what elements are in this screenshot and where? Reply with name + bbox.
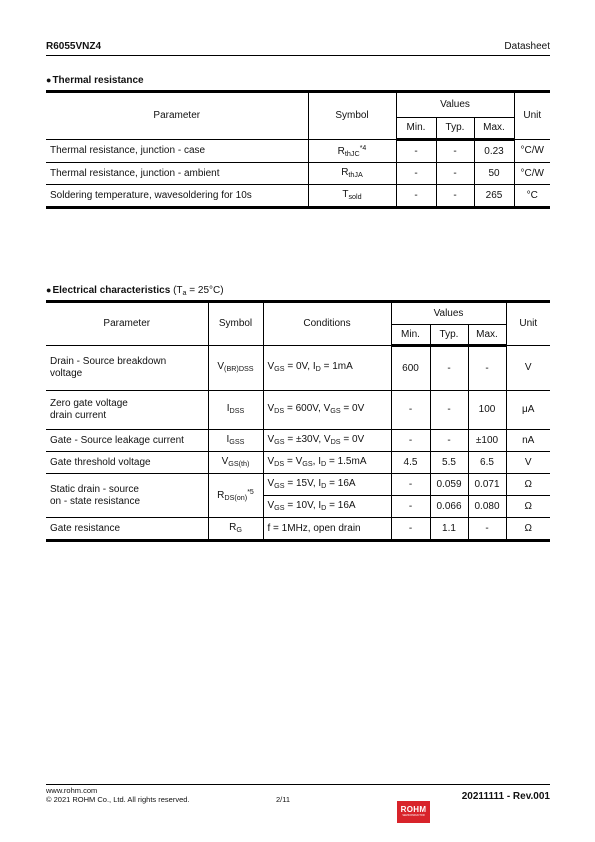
max-cell: 265 (474, 185, 514, 208)
typ-cell: - (430, 430, 468, 452)
parameter-cell: Gate - Source leakage current (46, 430, 208, 452)
table-row: Soldering temperature, wavesoldering for… (46, 185, 550, 208)
col-max: Max. (468, 325, 506, 346)
conditions-cell: f = 1MHz, open drain (263, 518, 391, 541)
ambient-condition: (Ta = 25°C) (173, 285, 224, 296)
bullet-icon: ● (46, 285, 51, 295)
parameter-cell: Static drain - sourceon - state resistan… (46, 474, 208, 518)
table-row: Gate - Source leakage currentIGSSVGS = ±… (46, 430, 550, 452)
min-cell: - (391, 518, 430, 541)
table-row: Static drain - sourceon - state resistan… (46, 474, 550, 496)
typ-cell: 0.066 (430, 496, 468, 518)
typ-cell: - (436, 140, 474, 163)
unit-cell: V (506, 346, 550, 391)
symbol-cell: RthJC*4 (308, 140, 396, 163)
unit-cell: °C/W (514, 163, 550, 185)
parameter-cell: Zero gate voltagedrain current (46, 391, 208, 430)
parameter-cell: Gate threshold voltage (46, 452, 208, 474)
electrical-section-title: ●Electrical characteristics (Ta = 25°C) (46, 285, 224, 297)
col-symbol: Symbol (208, 302, 263, 346)
typ-cell: 1.1 (430, 518, 468, 541)
symbol-cell: IGSS (208, 430, 263, 452)
min-cell: - (391, 430, 430, 452)
col-max: Max. (474, 118, 514, 140)
bullet-icon: ● (46, 75, 51, 85)
parameter-cell: Thermal resistance, junction - ambient (46, 163, 308, 185)
col-values: Values (391, 302, 506, 325)
unit-cell: nA (506, 430, 550, 452)
min-cell: - (396, 140, 436, 163)
thermal-section-title: ●Thermal resistance (46, 75, 144, 86)
unit-cell: Ω (506, 496, 550, 518)
min-cell: - (396, 163, 436, 185)
electrical-characteristics-table: Parameter Symbol Conditions Values Unit … (46, 300, 550, 542)
symbol-cell: V(BR)DSS (208, 346, 263, 391)
typ-cell: 0.059 (430, 474, 468, 496)
col-parameter: Parameter (46, 92, 308, 140)
thermal-resistance-table: Parameter Symbol Values Unit Min. Typ. M… (46, 90, 550, 209)
col-unit: Unit (506, 302, 550, 346)
max-cell: 0.071 (468, 474, 506, 496)
copyright: © 2021 ROHM Co., Ltd. All rights reserve… (46, 795, 190, 804)
max-cell: - (468, 346, 506, 391)
conditions-cell: VDS = VGS, ID = 1.5mA (263, 452, 391, 474)
min-cell: - (391, 391, 430, 430)
col-min: Min. (391, 325, 430, 346)
min-cell: - (391, 474, 430, 496)
typ-cell: - (430, 391, 468, 430)
unit-cell: °C/W (514, 140, 550, 163)
table-row: Zero gate voltagedrain currentIDSSVDS = … (46, 391, 550, 430)
conditions-cell: VGS = 15V, ID = 16A (263, 474, 391, 496)
col-min: Min. (396, 118, 436, 140)
table-row: Drain - Source breakdownvoltageV(BR)DSSV… (46, 346, 550, 391)
min-cell: - (396, 185, 436, 208)
table-row: Thermal resistance, junction - caseRthJC… (46, 140, 550, 163)
max-cell: 0.23 (474, 140, 514, 163)
parameter-cell: Soldering temperature, wavesoldering for… (46, 185, 308, 208)
unit-cell: Ω (506, 474, 550, 496)
parameter-cell: Drain - Source breakdownvoltage (46, 346, 208, 391)
max-cell: ±100 (468, 430, 506, 452)
symbol-cell: RDS(on)*5 (208, 474, 263, 518)
part-number: R6055VNZ4 (46, 41, 101, 52)
page-footer: www.rohm.com © 2021 ROHM Co., Ltd. All r… (46, 784, 550, 825)
col-values: Values (396, 92, 514, 118)
footnote-ref: *4 (360, 145, 367, 152)
col-typ: Typ. (430, 325, 468, 346)
typ-cell: 5.5 (430, 452, 468, 474)
max-cell: 50 (474, 163, 514, 185)
unit-cell: Ω (506, 518, 550, 541)
rohm-logo: ROHM SEMICONDUCTOR (397, 801, 430, 823)
unit-cell: V (506, 452, 550, 474)
symbol-cell: IDSS (208, 391, 263, 430)
page-number: 2/11 (276, 795, 290, 804)
document-type: Datasheet (504, 41, 550, 52)
conditions-cell: VGS = 0V, ID = 1mA (263, 346, 391, 391)
col-parameter: Parameter (46, 302, 208, 346)
conditions-cell: VDS = 600V, VGS = 0V (263, 391, 391, 430)
unit-cell: μA (506, 391, 550, 430)
symbol-cell: RG (208, 518, 263, 541)
max-cell: 6.5 (468, 452, 506, 474)
col-conditions: Conditions (263, 302, 391, 346)
symbol-cell: RthJA (308, 163, 396, 185)
typ-cell: - (430, 346, 468, 391)
revision: 20211111 - Rev.001 (462, 791, 550, 802)
parameter-cell: Gate resistance (46, 518, 208, 541)
website-link[interactable]: www.rohm.com (46, 786, 97, 795)
max-cell: 0.080 (468, 496, 506, 518)
min-cell: 600 (391, 346, 430, 391)
col-unit: Unit (514, 92, 550, 140)
conditions-cell: VGS = 10V, ID = 16A (263, 496, 391, 518)
table-row: Gate threshold voltageVGS(th)VDS = VGS, … (46, 452, 550, 474)
col-typ: Typ. (436, 118, 474, 140)
table-row: Gate resistanceRGf = 1MHz, open drain-1.… (46, 518, 550, 541)
parameter-cell: Thermal resistance, junction - case (46, 140, 308, 163)
max-cell: - (468, 518, 506, 541)
min-cell: 4.5 (391, 452, 430, 474)
symbol-cell: Tsold (308, 185, 396, 208)
max-cell: 100 (468, 391, 506, 430)
col-symbol: Symbol (308, 92, 396, 140)
symbol-cell: VGS(th) (208, 452, 263, 474)
footnote-ref: *5 (247, 489, 254, 496)
conditions-cell: VGS = ±30V, VDS = 0V (263, 430, 391, 452)
unit-cell: °C (514, 185, 550, 208)
typ-cell: - (436, 185, 474, 208)
table-row: Thermal resistance, junction - ambientRt… (46, 163, 550, 185)
typ-cell: - (436, 163, 474, 185)
page-header: R6055VNZ4 Datasheet (46, 39, 550, 56)
min-cell: - (391, 496, 430, 518)
